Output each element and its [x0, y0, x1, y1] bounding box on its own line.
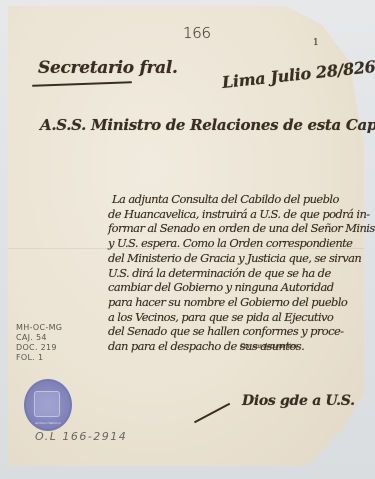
interlinear-note: Con sus documentos [240, 343, 297, 350]
body-line: de Huancavelica, instruirá a U.S. de que… [108, 207, 363, 222]
body-line: formar al Senado en orden de una del Señ… [108, 221, 363, 236]
archive-ref-line: CAJ. 54 [16, 333, 62, 343]
archive-ref-line: FOL. 1 [16, 353, 62, 363]
corner-mark: 1 [313, 38, 318, 48]
body-line: U.S. dirá la determinación de que se ha … [108, 266, 363, 281]
signature: Dios gde a U.S. [242, 393, 355, 409]
salutation: A.S.S. Ministro de Relaciones de esta Ca… [40, 116, 375, 134]
body-line: del Ministerio de Gracia y Justicia que,… [108, 251, 363, 266]
archive-ref-line: DOC. 219 [16, 343, 62, 353]
addressee-heading: Secretario fral. [38, 58, 178, 78]
body-line: del Senado que se hallen conformes y pro… [108, 324, 363, 339]
body-line: cambiar del Gobierno y ninguna Autoridad [108, 280, 363, 295]
folio-number: 166 [183, 24, 211, 42]
body-line: y U.S. espera. Como la Orden correspondi… [108, 236, 363, 251]
body-line: para hacer su nombre el Gobierno del pue… [108, 295, 363, 310]
archive-reference: MH-OC-MG CAJ. 54 DOC. 219 FOL. 1 [16, 323, 62, 363]
coat-of-arms-icon [34, 391, 60, 417]
letter-body: La adjunta Consulta del Cabildo del pueb… [108, 192, 363, 354]
archive-ref-line: MH-OC-MG [16, 323, 62, 333]
stamp-label: Archivo Histórico [26, 421, 70, 425]
bottom-reference: O.L 166-2914 [35, 430, 127, 443]
archive-stamp: Archivo Histórico [24, 379, 72, 431]
body-line: a los Vecinos, para que se pida al Ejecu… [108, 310, 363, 325]
body-line: La adjunta Consulta del Cabildo del pueb… [108, 192, 363, 207]
body-line: dan para el despacho de sus asuntos. [108, 339, 363, 354]
